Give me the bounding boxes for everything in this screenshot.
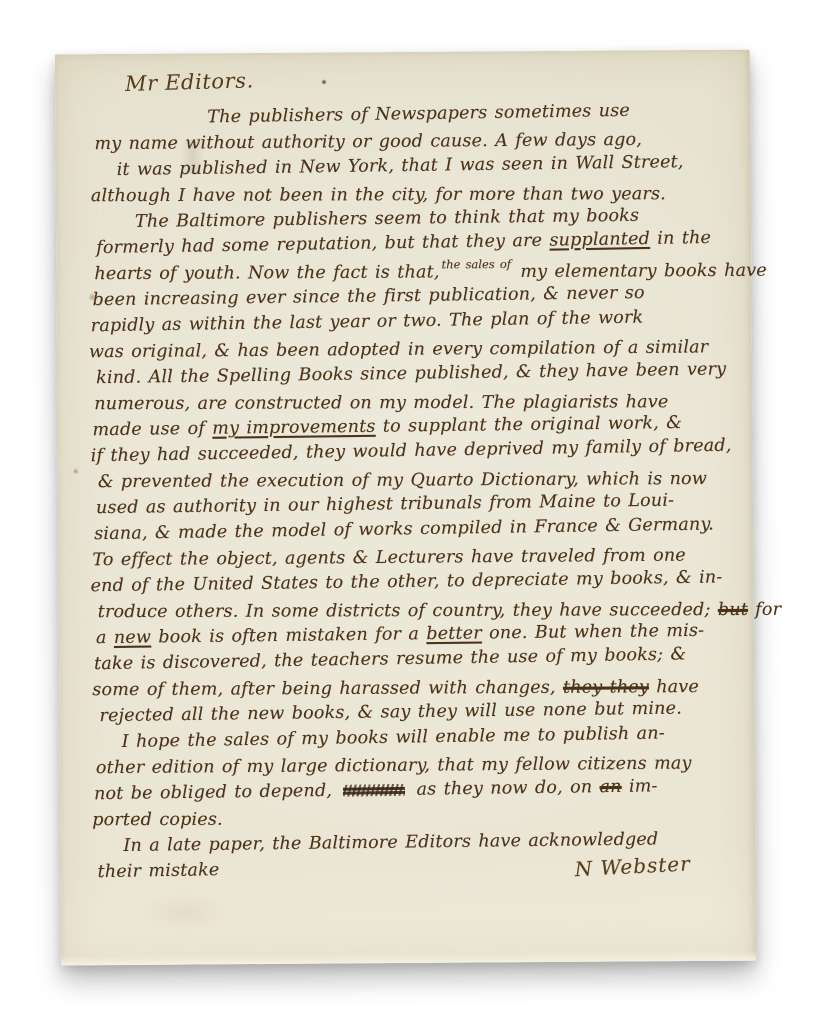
ink-blot	[343, 784, 405, 797]
manuscript-text: some of them, after being harassed with …	[92, 678, 563, 700]
letter-content: Mr Editors. The publishers of Newspapers…	[55, 50, 756, 966]
manuscript-line: The publishers of Newspapers sometimes u…	[207, 96, 720, 130]
underlined-word: supplanted	[549, 229, 650, 251]
manuscript-text: a	[96, 628, 114, 648]
letter-body: The publishers of Newspapers sometimes u…	[91, 101, 729, 885]
manuscript-text: I hope the sales of my books will enable…	[121, 723, 664, 752]
photo-background: Mr Editors. The publishers of Newspapers…	[0, 0, 814, 1024]
manuscript-text: hearts of youth. Now the fact is that,	[94, 262, 439, 284]
manuscript-text: for	[748, 600, 781, 620]
manuscript-text: in the	[650, 228, 711, 249]
manuscript-text: to supplant the original work, &	[375, 413, 682, 437]
struck-word: they they	[563, 677, 649, 697]
underlined-word: new	[114, 627, 151, 647]
manuscript-text: rapidly as within the last year or two. …	[91, 308, 644, 337]
salutation-text: Mr Editors.	[125, 52, 725, 99]
manuscript-text: have	[649, 677, 699, 697]
manuscript-text: siana, & made the model of works compile…	[94, 514, 714, 544]
manuscript-text: as they now do, on	[409, 777, 599, 800]
manuscript-text: their mistake	[97, 860, 219, 882]
manuscript-text: ported copies.	[92, 810, 223, 830]
manuscript-text: The publishers of Newspapers sometimes u…	[207, 101, 630, 128]
manuscript-text: not be obliged to depend,	[94, 781, 340, 804]
manuscript-text: my elementary books have	[513, 261, 767, 282]
manuscript-text: it was published in New York, that I was…	[116, 152, 683, 180]
manuscript-text: take is discovered, the teachers resume …	[94, 644, 686, 674]
underlined-word: my improvements	[212, 417, 376, 439]
inserted-text: the sales of	[441, 257, 511, 271]
manuscript-text: kind. All the Spelling Books since publi…	[96, 359, 726, 388]
underlined-word: better	[426, 623, 482, 644]
manuscript-text: formerly had some reputation, but that t…	[96, 231, 550, 259]
manuscript-text: book is often mistaken for a	[151, 624, 426, 647]
manuscript-text: one. But when the mis-	[482, 621, 705, 644]
manuscript-text: end of the United States to the other, t…	[90, 567, 722, 596]
letter-page: Mr Editors. The publishers of Newspapers…	[55, 50, 756, 966]
manuscript-text: made use of	[92, 419, 212, 440]
manuscript-text: im-	[621, 776, 657, 797]
struck-word: an	[599, 777, 621, 797]
